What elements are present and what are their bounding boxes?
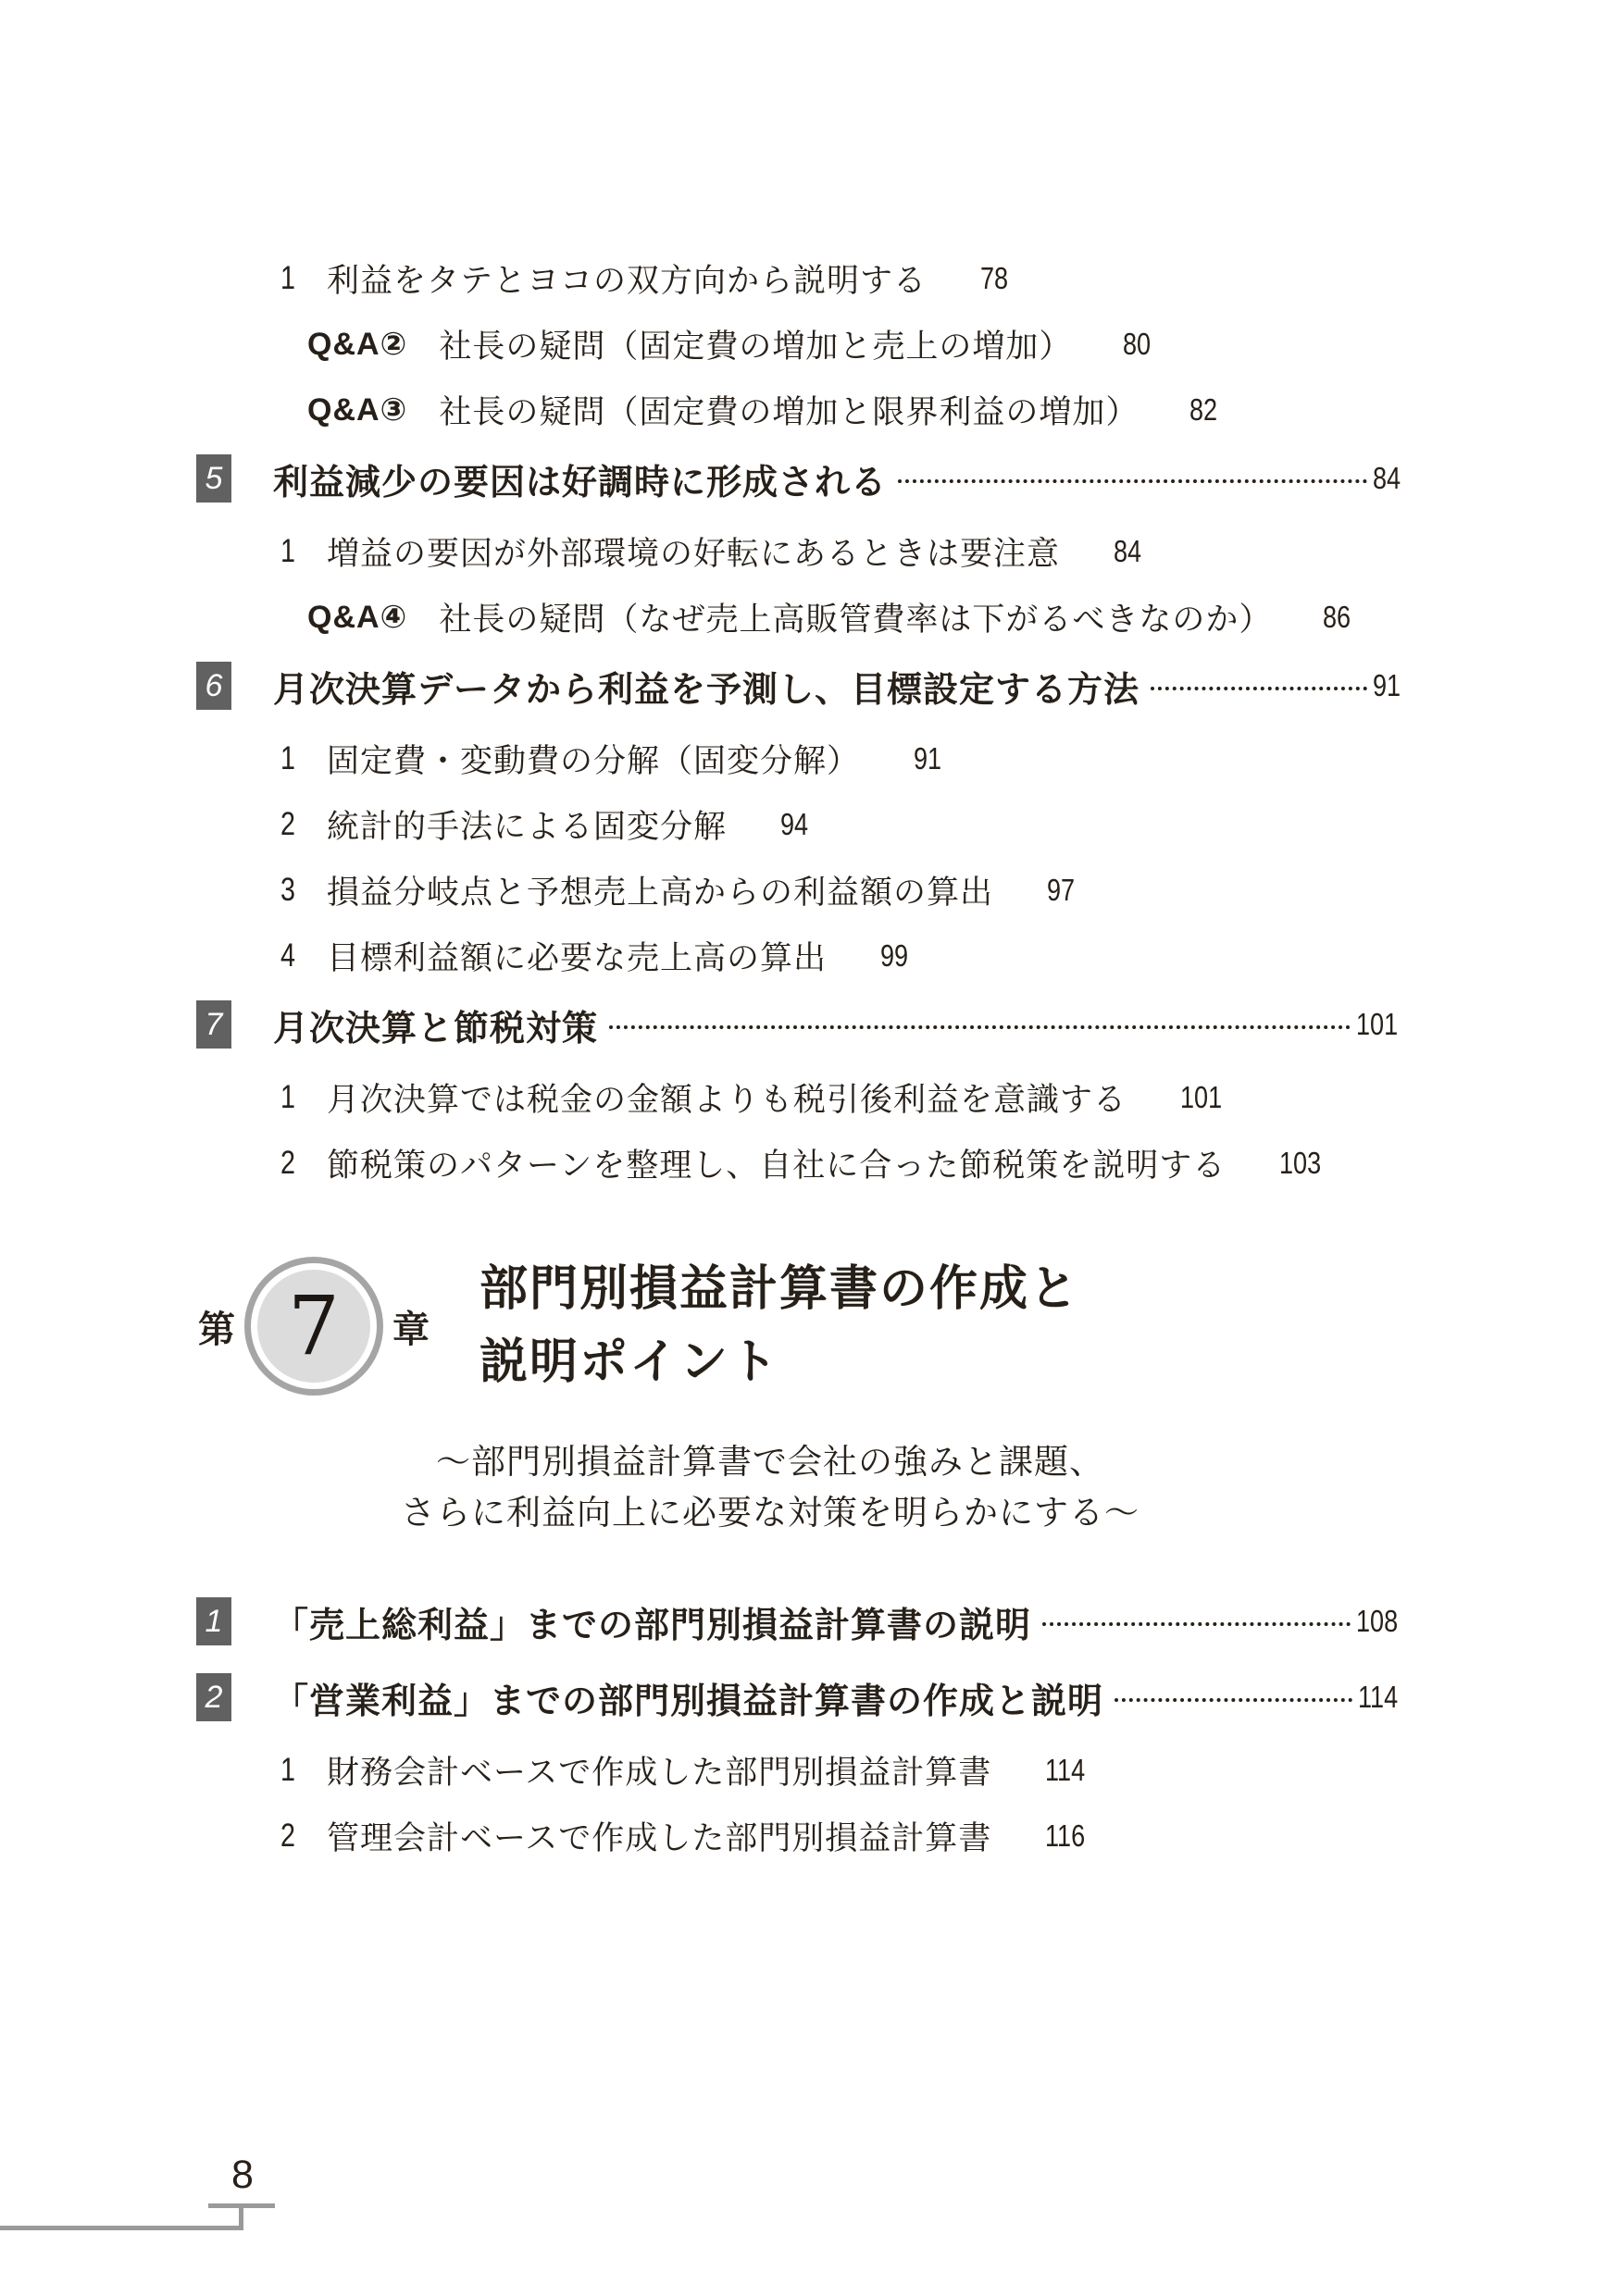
chapter-number-circle-fill: 7 xyxy=(257,1270,370,1383)
folio-page-number: 8 xyxy=(220,2153,265,2198)
entry-page-number: 78 xyxy=(980,261,1008,296)
toc-qa-entry: Q&A④ 社長の疑問（なぜ売上高販管費率は下がるべきなのか） 86 xyxy=(307,596,1407,639)
entry-title: 目標利益額に必要な売上高の算出 xyxy=(327,933,827,979)
entry-number: 1 xyxy=(280,1752,318,1789)
entry-title: 統計的手法による固変分解 xyxy=(327,801,727,848)
dot-leader xyxy=(1115,1698,1352,1702)
entry-page-number: 84 xyxy=(1373,461,1401,496)
toc-entry: 4 目標利益額に必要な売上高の算出 99 xyxy=(280,935,1407,977)
chapter-number-circle: 7 xyxy=(244,1257,383,1396)
chapter-subtitle: ～部門別損益計算書で会社の強みと課題、 さらに利益向上に必要な対策を明らかにする… xyxy=(196,1436,1344,1538)
toc-entry: 1 財務会計ベースで作成した部門別損益計算書 114 xyxy=(280,1749,1407,1792)
entry-number: 4 xyxy=(280,937,318,974)
entry-page-number: 97 xyxy=(1047,873,1075,908)
chapter-title-line1: 部門別損益計算書の作成と xyxy=(479,1253,1079,1326)
section-number-badge: 2 xyxy=(196,1673,231,1721)
dot-leader xyxy=(898,479,1367,483)
chapter-title: 部門別損益計算書の作成と 説明ポイント xyxy=(479,1253,1079,1399)
qa-label: Q&A③ xyxy=(307,391,407,428)
entry-page-number: 82 xyxy=(1189,392,1217,428)
section-title: 月次決算と節税対策 xyxy=(273,999,598,1050)
entry-page-number: 108 xyxy=(1356,1604,1398,1639)
entry-page-number: 84 xyxy=(1114,534,1141,569)
entry-title: 社長の疑問（固定費の増加と売上の増加） xyxy=(439,321,1072,367)
entry-number: 1 xyxy=(280,1079,318,1116)
chapter-number-row: 第 7 章 部門別損益計算書の作成と 説明ポイント xyxy=(198,1253,1407,1399)
section-title: 利益減少の要因は好調時に形成される xyxy=(273,453,887,504)
entry-title: 社長の疑問（固定費の増加と限界利益の増加） xyxy=(439,387,1139,433)
entry-title: 財務会計ベースで作成した部門別損益計算書 xyxy=(327,1747,991,1793)
entry-title: 増益の要因が外部環境の好転にあるときは要注意 xyxy=(327,528,1060,575)
footer-rule-long xyxy=(0,2226,243,2230)
dot-leader xyxy=(1151,687,1367,690)
table-of-contents: 1 利益をタテとヨコの双方向から説明する 78 Q&A② 社長の疑問（固定費の増… xyxy=(196,257,1407,1880)
dot-leader xyxy=(1042,1622,1351,1626)
section-number-badge: 1 xyxy=(196,1597,231,1645)
chapter-subtitle-line1: ～部門別損益計算書で会社の強みと課題、 xyxy=(196,1436,1344,1487)
entry-page-number: 114 xyxy=(1358,1680,1398,1715)
dot-leader xyxy=(609,1025,1351,1029)
qa-label: Q&A② xyxy=(307,326,407,363)
toc-entry: 2 統計的手法による固変分解 94 xyxy=(280,803,1407,846)
entry-page-number: 91 xyxy=(914,741,941,776)
section-title: 「売上総利益」までの部門別損益計算書の説明 xyxy=(273,1596,1031,1647)
entry-page-number: 114 xyxy=(1045,1753,1085,1788)
toc-section-entry: 5 利益減少の要因は好調時に形成される 84 xyxy=(196,454,1407,503)
chapter-prefix: 第 xyxy=(198,1300,235,1353)
entry-title: 月次決算では税金の金額よりも税引後利益を意識する xyxy=(327,1074,1127,1121)
section-number-badge: 6 xyxy=(196,662,231,710)
toc-section-entry: 1 「売上総利益」までの部門別損益計算書の説明 108 xyxy=(196,1597,1407,1645)
entry-number: 2 xyxy=(280,1818,318,1855)
chapter-subtitle-line2: さらに利益向上に必要な対策を明らかにする～ xyxy=(196,1487,1344,1538)
entry-number: 2 xyxy=(280,1145,318,1182)
entry-title: 社長の疑問（なぜ売上高販管費率は下がるべきなのか） xyxy=(439,594,1272,640)
toc-section-entry: 7 月次決算と節税対策 101 xyxy=(196,1000,1407,1049)
entry-title: 利益をタテとヨコの双方向から説明する xyxy=(327,255,927,302)
toc-entry: 2 節税策のパターンを整理し、自社に合った節税策を説明する 103 xyxy=(280,1142,1407,1185)
toc-qa-entry: Q&A③ 社長の疑問（固定費の増加と限界利益の増加） 82 xyxy=(307,389,1407,431)
entry-page-number: 101 xyxy=(1180,1080,1222,1115)
entry-page-number: 103 xyxy=(1279,1146,1321,1181)
entry-number: 3 xyxy=(280,872,318,909)
toc-qa-entry: Q&A② 社長の疑問（固定費の増加と売上の増加） 80 xyxy=(307,323,1407,366)
toc-entry: 1 増益の要因が外部環境の好転にあるときは要注意 84 xyxy=(280,530,1407,573)
entry-number: 2 xyxy=(280,806,318,843)
section-number-badge: 5 xyxy=(196,454,231,503)
book-page: 1 利益をタテとヨコの双方向から説明する 78 Q&A② 社長の疑問（固定費の増… xyxy=(0,0,1619,2296)
chapter-toc: 1 「売上総利益」までの部門別損益計算書の説明 108 2 「営業利益」までの部… xyxy=(196,1597,1407,1857)
toc-section-entry: 2 「営業利益」までの部門別損益計算書の作成と説明 114 xyxy=(196,1673,1407,1721)
entry-page-number: 80 xyxy=(1123,327,1151,362)
entry-page-number: 116 xyxy=(1045,1818,1085,1854)
toc-entry: 1 利益をタテとヨコの双方向から説明する 78 xyxy=(280,257,1407,300)
chapter-number: 7 xyxy=(288,1285,340,1367)
section-number-badge: 7 xyxy=(196,1000,231,1049)
entry-page-number: 94 xyxy=(780,807,808,842)
entry-title: 管理会計ベースで作成した部門別損益計算書 xyxy=(327,1813,991,1859)
section-title: 「営業利益」までの部門別損益計算書の作成と説明 xyxy=(273,1672,1103,1723)
entry-number: 1 xyxy=(280,533,318,570)
toc-entry: 3 損益分岐点と予想売上高からの利益額の算出 97 xyxy=(280,869,1407,912)
section-title: 月次決算データから利益を予測し、目標設定する方法 xyxy=(273,661,1140,712)
entry-page-number: 91 xyxy=(1373,668,1401,703)
toc-entry: 1 月次決算では税金の金額よりも税引後利益を意識する 101 xyxy=(280,1076,1407,1119)
toc-entry: 2 管理会計ベースで作成した部門別損益計算書 116 xyxy=(280,1815,1407,1857)
entry-title: 節税策のパターンを整理し、自社に合った節税策を説明する xyxy=(327,1140,1226,1186)
chapter-title-line2: 説明ポイント xyxy=(479,1326,1079,1399)
entry-number: 1 xyxy=(280,740,318,777)
entry-page-number: 86 xyxy=(1323,600,1351,635)
entry-page-number: 99 xyxy=(880,938,908,974)
entry-title: 損益分岐点と予想売上高からの利益額の算出 xyxy=(327,867,993,913)
entry-number: 1 xyxy=(280,260,318,297)
toc-entry: 1 固定費・変動費の分解（固変分解） 91 xyxy=(280,738,1407,780)
toc-section-entry: 6 月次決算データから利益を予測し、目標設定する方法 91 xyxy=(196,662,1407,710)
qa-label: Q&A④ xyxy=(307,599,407,636)
chapter-heading: 第 7 章 部門別損益計算書の作成と 説明ポイント ～部門別損益計算書で会社の強… xyxy=(196,1253,1407,1538)
entry-page-number: 101 xyxy=(1356,1007,1398,1042)
chapter-suffix: 章 xyxy=(392,1300,430,1353)
entry-title: 固定費・変動費の分解（固変分解） xyxy=(327,736,860,782)
